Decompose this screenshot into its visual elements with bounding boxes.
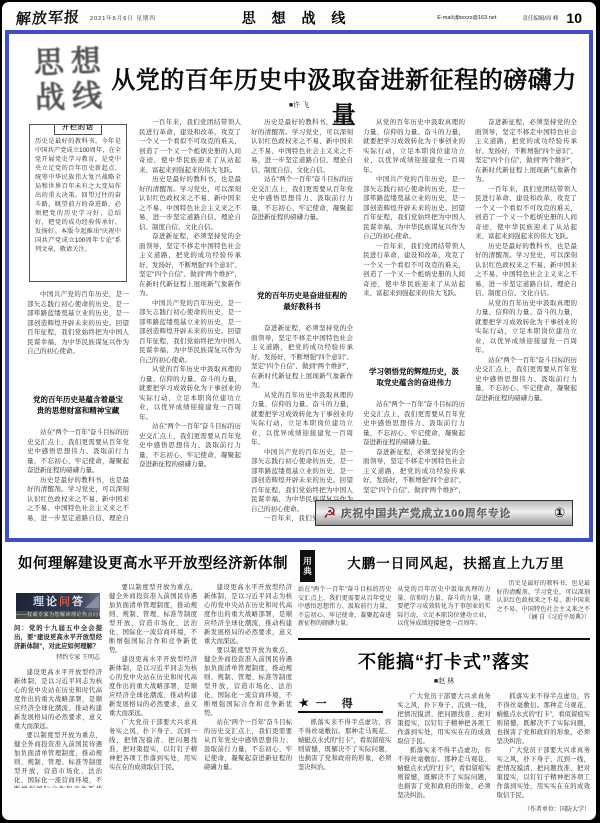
logo-char: 论: [46, 598, 57, 607]
economy-column-2: 要以制度型开放为重点，健全外商投资准入前国民待遇加负面清单管理制度，推动规则、规…: [109, 583, 197, 811]
masthead: 解放军报 2021年5月6日 星期四 思 想 战 线 E-mail:jfjbsx…: [2, 5, 596, 30]
feature-column-2: 一百年来，我们党团结带领人民进行革命、建设和改革，攻克了一个又一个看似不可攻克的…: [139, 118, 241, 522]
body-text: 抓落实来不得半点虚功，容不得丝毫敷衍。那种走马观花、蜻蜓点水式的“打卡”，看似留…: [497, 692, 590, 806]
date-line: 2021年5月6日 星期四: [90, 14, 156, 22]
newspaper-page: 解放军报 2021年5月6日 星期四 思 想 战 线 E-mail:jfjbsx…: [2, 2, 596, 820]
body-text: 建设更高水平开放型经济新体制，是以习近平同志为核心的党中央站在历史和时代高度作出…: [14, 668, 102, 788]
classic-quote-article: 用 典 大鹏一日同风起，扶摇直上九万里 站在“两个一百年”奋斗目标的历史交汇点上…: [298, 548, 590, 634]
logo-char: 答: [72, 598, 83, 607]
expert-credit: 特约专家 王明志: [16, 654, 100, 663]
body-text: 从党的百年历史中汲取真理的力量、信仰的力量、奋斗的力量，就要把学习成效转化为干事…: [363, 118, 465, 354]
contact-email: E-mail:jfjbsxzx@163.net: [437, 15, 496, 21]
editors-note-text: 历史是最好的教科书。今年是中国共产党成立100周年，在全党开展党史学习教育，是党…: [35, 137, 121, 254]
commentary-column-2: 广大党员干部要大兴求真务实之风，扑下身子、沉到一线，把情况摸清、把问题找准、把对…: [397, 692, 490, 816]
body-text: 中国共产党的百年历史，是一部矢志践行初心使命的历史，是一部筚路蓝缕奠基立业的历史…: [27, 290, 129, 382]
column-name: 一 得: [316, 700, 359, 709]
qa-logo-subtitle: ——权威专家为您解读理论热点问题——: [16, 611, 100, 619]
body-text: 历史是最好的教科书，也是最好的清醒剂。学习党史，可以深刻认识红色政权来之不易、新…: [251, 118, 353, 278]
feature-subhead-3: 学习领悟党的辉煌历史，汲取党史蕴含的奋进伟力: [363, 362, 465, 393]
yide-column-logo: ★ 一 得: [298, 694, 383, 713]
author-credit: （作者单位：国防大学）: [497, 806, 590, 815]
quote-attribution: （摘 自《习近平用典》）: [497, 614, 590, 623]
logo-char: 问: [59, 598, 70, 607]
seal-char: 线: [68, 80, 106, 116]
section-divider: [298, 638, 590, 640]
quote-column-3: 历史是最好的教科书，也是最好的清醒剂。学习党史，可以深刻认识红色政权来之不易、新…: [497, 580, 590, 630]
commentary-column-1: ★ 一 得 抓落实来不得半点虚功，容不得丝毫敷衍。那种走马观花、蜻蜓点水式的“打…: [298, 692, 391, 816]
seal-char: 思: [30, 46, 68, 82]
section-title: 思 想 战 线: [242, 8, 352, 28]
feature-column-1: 开栏的话 历史是最好的教科书。今年是中国共产党成立100周年，在全党开展党史学习…: [27, 118, 129, 522]
logo-swoosh: [85, 595, 99, 608]
body-text: 历史是最好的教科书，也是最好的清醒剂。学习党史，可以深刻认识红色政权来之不易、新…: [497, 580, 590, 614]
feature-subhead-1: 党的百年历史是蕴含着最宝贵的思想财富和精神宝藏: [27, 390, 129, 421]
body-text: 站在“两个一百年”奋斗目标的历史交汇点上，我们更需要从百年党史中感悟思想伟力、汲…: [27, 428, 129, 522]
body-text: 奋进新征程，必须坚持党的全面领导，坚定不移走中国特色社会主义道路，把党的成功经验…: [475, 118, 577, 494]
banner-title: 庆祝中国共产党成立100周年专论: [341, 506, 511, 521]
feature-subhead-2: 党的百年历史是奋进征程的最好教科书: [251, 286, 353, 317]
logo-char: 理: [33, 598, 44, 607]
party-emblem-icon: ☭: [323, 504, 336, 522]
feature-column-5: 奋进新征程，必须坚持党的全面领导，坚定不移走中国特色社会主义道路，把党的成功经验…: [475, 118, 577, 494]
commentary-headline: 不能搞“打卡式”落实: [298, 648, 590, 674]
body-text: 建设更高水平开放型经济新体制，是以习近平同志为核心的党中央站在历史和时代高度作出…: [204, 583, 292, 811]
body-text: 奋进新征程，必须坚持党的全面领导，坚定不移走中国特色社会主义道路，把党的成功经验…: [251, 324, 353, 522]
commentary-byline: ■赵 林: [298, 676, 590, 686]
reader-question: 问：党的十九届五中全会提出，要“建设更高水平开放型经济新体制”，对此应如何理解？: [14, 624, 102, 651]
feature-column-4: 从党的百年历史中汲取真理的力量、信仰的力量、奋斗的力量，就要把学习成效转化为干事…: [363, 118, 465, 494]
body-text: 广大党员干部要大兴求真务实之风，扑下身子、沉到一线，把情况摸清、把问题找准、把对…: [397, 692, 490, 816]
series-number-badge: ①: [554, 505, 565, 521]
quote-column-label: 用 典: [300, 550, 315, 582]
economy-column-3: 建设更高水平开放型经济新体制，是以习近平同志为核心的党中央站在历史和时代高度作出…: [204, 583, 292, 811]
commentary-column-3: 抓落实来不得半点虚功，容不得丝毫敷衍。那种走马观花、蜻蜓点水式的“打卡”，看似留…: [497, 692, 590, 816]
paper-name: 解放军报: [15, 6, 81, 29]
page-number: 10: [566, 10, 582, 26]
feature-article: 思 想 战 线 从党的百年历史中汲取奋进新征程的磅礴力量 ■许 飞 开栏的话 历…: [5, 30, 593, 542]
anniversary-series-banner: ☭ 庆祝中国共产党成立100周年专论 ①: [315, 500, 573, 526]
feature-byline: ■许 飞: [9, 100, 589, 110]
body-text: 要以制度型开放为重点，健全外商投资准入前国民待遇加负面清单管理制度，推动规则、规…: [109, 583, 197, 811]
economy-article: 如何理解建设更高水平开放型经济新体制 理 论 问 答 ——权威专家为您解读理论热…: [14, 548, 292, 816]
seal-char: 想: [67, 45, 105, 81]
editor-credit: 责任编辑/周 峰: [522, 14, 558, 22]
economy-headline: 如何理解建设更高水平开放型经济新体制: [14, 552, 292, 573]
label-char: 典: [303, 566, 312, 576]
body-text: 抓落实来不得半点虚功，容不得丝毫敷衍。那种走马观花、蜻蜓点水式的“打卡”，看似留…: [298, 718, 391, 814]
commentary-article: 不能搞“打卡式”落实 ■赵 林 ★ 一 得 抓落实来不得半点虚功，容不得丝毫敷衍…: [298, 644, 590, 816]
label-char: 用: [303, 556, 312, 566]
editors-note-box: 开栏的话 历史是最好的教科书。今年是中国共产党成立100周年，在全党开展党史学习…: [29, 124, 127, 282]
star-icon: ★: [298, 695, 311, 710]
body-text: 站在“两个一百年”奋斗目标的历史交汇点上，我们更需要从百年党史中感悟思想伟力、汲…: [363, 400, 465, 494]
body-text: 一百年来，我们党团结带领人民进行革命、建设和改革，攻克了一个又一个看似不可攻克的…: [139, 118, 241, 522]
editors-note-label: 开栏的话: [54, 124, 102, 135]
economy-column-1: 理 论 问 答 ——权威专家为您解读理论热点问题—— 问：党的十九届五中全会提出…: [14, 583, 102, 811]
quote-column-2: 从党的百年历史中汲取真理的力量、信仰的力量、奋斗的力量，就要把学习成效转化为干事…: [397, 580, 490, 630]
quote-column-1: 站在“两个一百年”奋斗目标的历史交汇点上，我们更需要从百年党史中感悟思想伟力、汲…: [298, 580, 391, 630]
quote-headline: 大鹏一日同风起，扶摇直上九万里: [322, 552, 590, 572]
feature-column-3: 历史是最好的教科书，也是最好的清醒剂。学习党史，可以深刻认识红色政权来之不易、新…: [251, 118, 353, 522]
qa-column-logo: 理 论 问 答: [16, 593, 100, 611]
